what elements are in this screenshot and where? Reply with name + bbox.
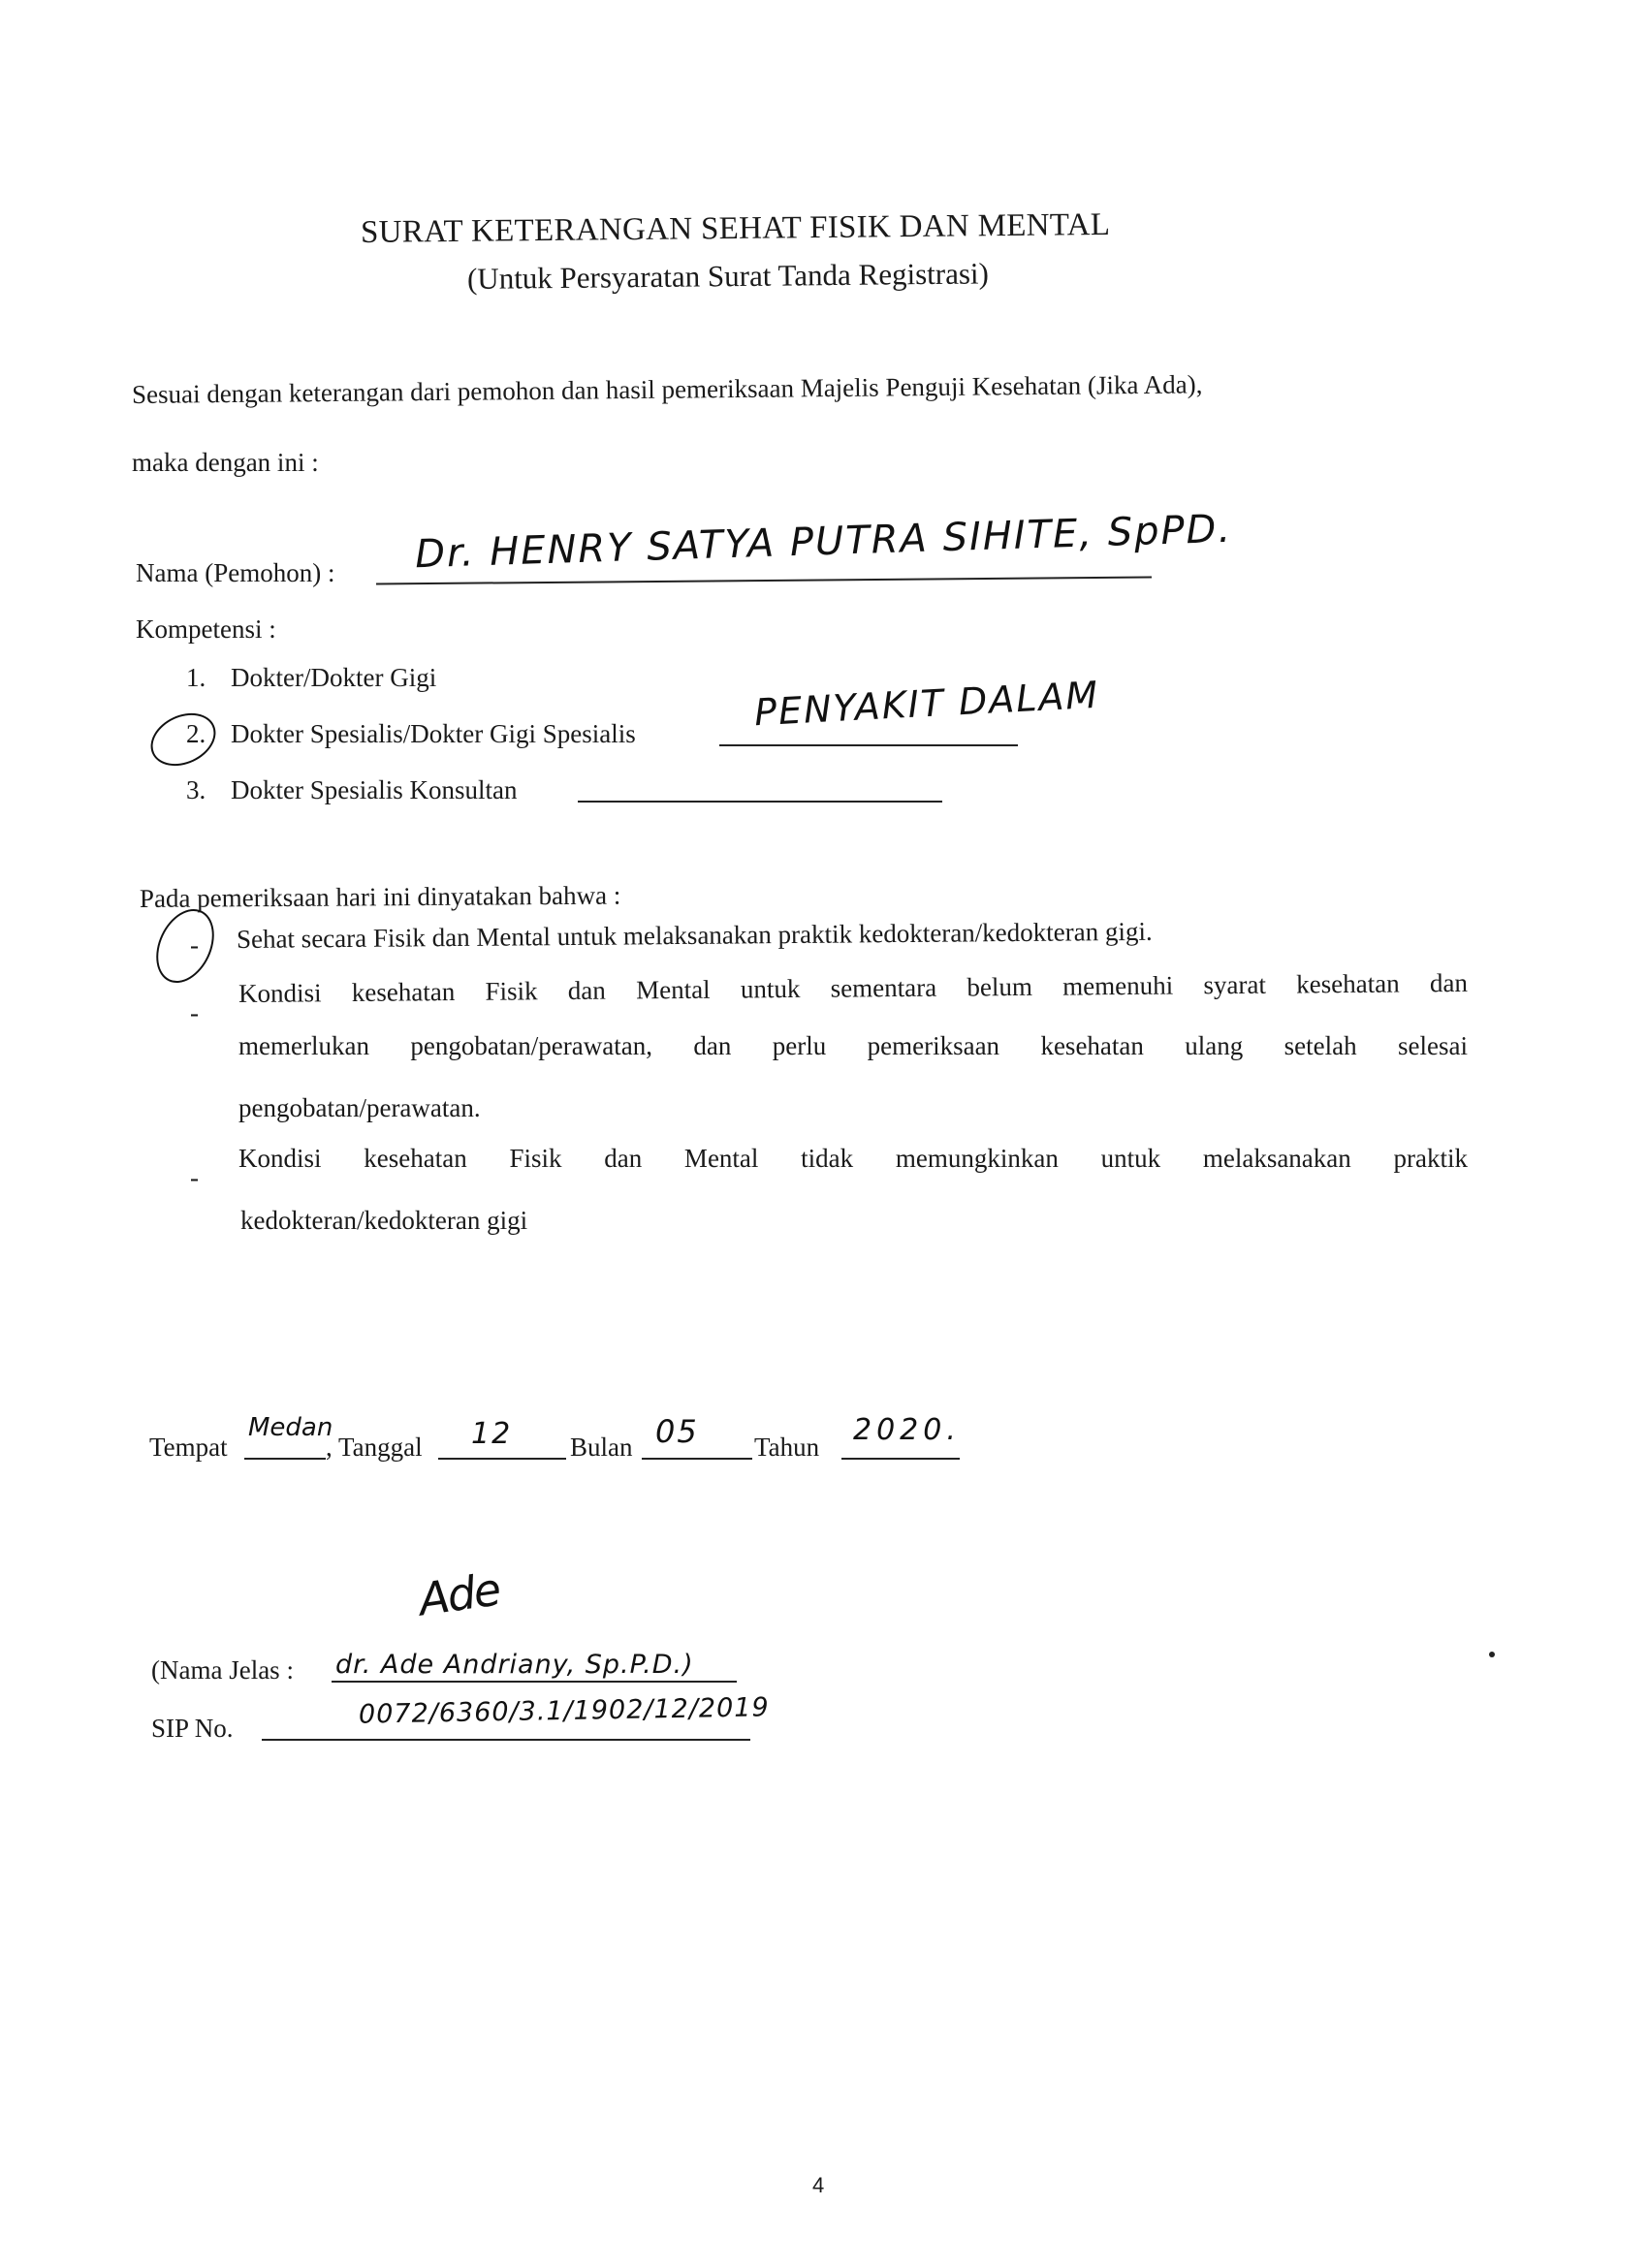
clear-name-label: (Nama Jelas : [151,1655,294,1685]
selection-circle-icon [143,704,225,776]
competence-label: Kompetensi : [136,614,276,645]
sip-label: SIP No. [151,1714,234,1744]
competence-item-3-underline [578,801,942,803]
competence-item-1-label[interactable]: Dokter/Dokter Gigi [231,663,436,693]
competence-item-2-number: 2. [186,719,206,749]
option-3-bullet: - [190,1163,199,1193]
document-title: SURAT KETERANGAN SEHAT FISIK DAN MENTAL [361,207,1111,251]
sip-number-field[interactable]: 0072/6360/3.1/1902/12/2019 [359,1692,770,1729]
option-2-line-2[interactable]: memerlukan pengobatan/perawatan, dan per… [238,1031,1468,1061]
option-1-bullet: - [190,930,199,961]
applicant-underline [376,577,1152,585]
option-1-text[interactable]: Sehat secara Fisik dan Mental untuk mela… [237,917,1153,955]
competence-item-2-label[interactable]: Dokter Spesialis/Dokter Gigi Spesialis [231,719,636,749]
page-number: 4 [812,2173,824,2198]
clear-name-underline [332,1681,737,1683]
competence-item-3-number: 3. [186,775,206,805]
option-2-line-1[interactable]: Kondisi kesehatan Fisik dan Mental untuk… [238,968,1468,1009]
document-subtitle: (Untuk Persyaratan Surat Tanda Registras… [467,256,989,297]
place-field[interactable]: Medan [248,1413,333,1442]
place-underline [244,1458,326,1460]
competence-item-3-label[interactable]: Dokter Spesialis Konsultan [231,775,517,805]
option-2-line-3[interactable]: pengobatan/perawatan. [238,1093,481,1123]
year-underline [841,1458,960,1460]
applicant-label: Nama (Pemohon) : [136,558,334,588]
date-label: , Tanggal [326,1433,423,1463]
intro-line-1: Sesuai dengan keterangan dari pemohon da… [132,367,1466,410]
examination-label: Pada pemeriksaan hari ini dinyatakan bah… [140,881,621,914]
year-label: Tahun [754,1433,819,1463]
scan-speck [1489,1652,1495,1657]
document-page: SURAT KETERANGAN SEHAT FISIK DAN MENTAL … [0,0,1648,2268]
applicant-name-field[interactable]: Dr. HENRY SATYA PUTRA SIHITE, SpPD. [414,507,1232,577]
month-field[interactable]: 05 [655,1413,699,1450]
month-underline [642,1458,752,1460]
signature-mark: Ade [416,1562,503,1625]
option-2-bullet: - [190,998,199,1028]
month-label: Bulan [570,1433,633,1463]
date-field[interactable]: 12 [471,1417,512,1451]
competence-item-1-number: 1. [186,663,206,693]
date-underline [438,1458,566,1460]
option-3-line-2[interactable]: kedokteran/kedokteran gigi [240,1206,527,1236]
intro-line-2: maka dengan ini : [132,448,319,478]
clear-name-field[interactable]: dr. Ade Andriany, Sp.P.D.) [335,1650,694,1680]
specialty-field[interactable]: PENYAKIT DALAM [753,674,1100,735]
sip-underline [262,1739,750,1741]
year-field[interactable]: 2020. [853,1413,961,1447]
place-label: Tempat [149,1433,228,1463]
competence-item-2-underline [719,744,1018,746]
option-3-line-1[interactable]: Kondisi kesehatan Fisik dan Mental tidak… [238,1144,1468,1174]
